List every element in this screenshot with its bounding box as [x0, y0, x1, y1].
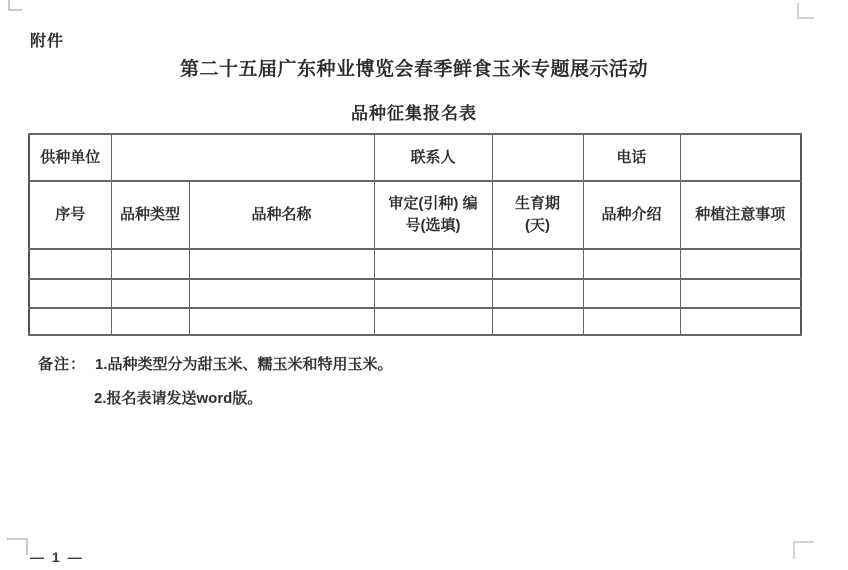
empty-cell — [29, 249, 111, 279]
empty-cell — [374, 308, 492, 335]
supplier-value-cell — [111, 134, 374, 181]
col-header-serial-number: 序号 — [29, 181, 111, 249]
col-header-approval-number: 审定(引种) 编 号(选填) — [374, 181, 492, 249]
col-header-growth-period: 生育期 (天) — [492, 181, 583, 249]
empty-cell — [583, 279, 680, 308]
document-title: 第二十五届广东种业博览会春季鲜食玉米专题展示活动 — [28, 58, 800, 82]
empty-entry-row — [29, 308, 801, 335]
empty-entry-row — [29, 279, 801, 308]
remarks-block: 备注： 1.品种类型分为甜玉米、糯玉米和特用玉米。 2.报名表请发送word版。 — [38, 353, 393, 408]
empty-cell — [583, 308, 680, 335]
empty-cell — [189, 308, 374, 335]
empty-cell — [492, 249, 583, 279]
empty-cell — [111, 308, 189, 335]
empty-cell — [111, 249, 189, 279]
col-header-variety-name: 品种名称 — [189, 181, 374, 249]
phone-value-cell — [680, 134, 801, 181]
empty-cell — [29, 279, 111, 308]
document-subtitle: 品种征集报名表 — [28, 99, 800, 124]
crop-mark-bottom-left — [7, 538, 28, 555]
empty-cell — [583, 249, 680, 279]
empty-cell — [189, 249, 374, 279]
empty-cell — [492, 279, 583, 308]
col-header-variety-intro: 品种介绍 — [583, 181, 680, 249]
crop-mark-top-left — [8, 0, 22, 11]
empty-cell — [29, 308, 111, 335]
remark-item-1: 1.品种类型分为甜玉米、糯玉米和特用玉米。 — [95, 353, 393, 374]
empty-cell — [680, 279, 801, 308]
page-number: — 1 — — [30, 549, 84, 565]
contact-label-cell: 联系人 — [374, 134, 492, 181]
crop-mark-top-right — [797, 3, 814, 19]
empty-cell — [111, 279, 189, 308]
empty-cell — [492, 308, 583, 335]
attachment-label: 附件 — [30, 28, 64, 51]
column-header-row: 序号 品种类型 品种名称 审定(引种) 编 号(选填) 生育期 (天) 品种介绍… — [29, 181, 801, 249]
empty-cell — [374, 249, 492, 279]
info-row: 供种单位 联系人 电话 — [29, 134, 801, 181]
col-header-planting-notes: 种植注意事项 — [680, 181, 801, 249]
remark-item-2: 2.报名表请发送word版。 — [94, 387, 393, 408]
empty-cell — [680, 249, 801, 279]
empty-entry-row — [29, 249, 801, 279]
contact-value-cell — [492, 134, 583, 181]
remarks-label: 备注： — [38, 353, 86, 374]
remark-line-1: 备注： 1.品种类型分为甜玉米、糯玉米和特用玉米。 — [38, 353, 393, 374]
crop-mark-bottom-right — [793, 541, 814, 559]
empty-cell — [680, 308, 801, 335]
empty-cell — [189, 279, 374, 308]
title-block: 第二十五届广东种业博览会春季鲜食玉米专题展示活动 品种征集报名表 — [28, 58, 800, 124]
supplier-label-cell: 供种单位 — [29, 134, 111, 181]
empty-cell — [374, 279, 492, 308]
phone-label-cell: 电话 — [583, 134, 680, 181]
registration-form-table: 供种单位 联系人 电话 序号 品种类型 品种名称 审定(引种) 编 号(选填) … — [28, 133, 802, 336]
col-header-variety-type: 品种类型 — [111, 181, 189, 249]
